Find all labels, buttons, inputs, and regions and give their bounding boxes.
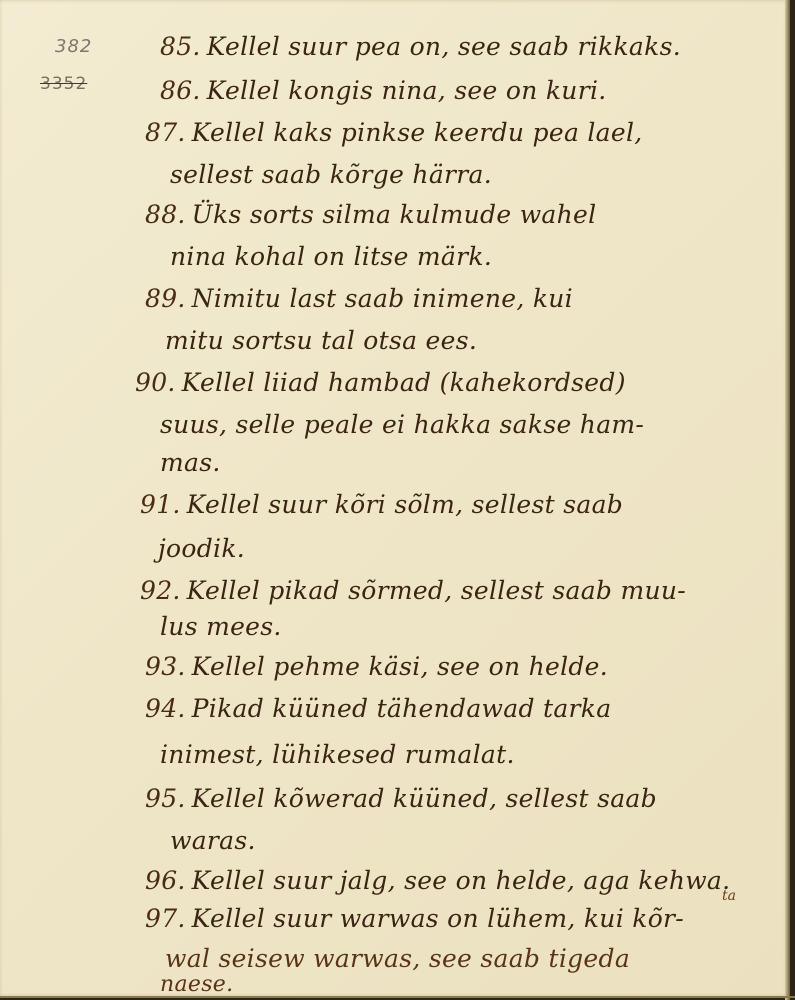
entry-number: 87. <box>145 118 186 147</box>
entry-list: 85.Kellel suur pea on, see saab rikkaks.… <box>0 0 795 1000</box>
entry-text: Kellel kaks pinkse keerdu pea lael, <box>192 118 643 147</box>
entry-text: mas. <box>160 448 221 477</box>
entry-number: 93. <box>145 652 186 681</box>
entry-88: 88.Üks sorts silma kulmude wahel <box>145 200 596 229</box>
entry-number: 88. <box>145 200 186 229</box>
entry-text: wal seisew warwas, see saab tigeda <box>165 944 630 973</box>
entry-text: lus mees. <box>160 612 282 641</box>
entry-text: Kellel pehme käsi, see on helde. <box>192 652 608 681</box>
entry-number: 90. <box>135 368 176 397</box>
entry-text: sellest saab kõrge härra. <box>170 160 492 189</box>
entry-87: 87.Kellel kaks pinkse keerdu pea lael, <box>145 118 643 147</box>
entry-91: 91.Kellel suur kõri sõlm, sellest saab <box>140 490 623 519</box>
entry-text: nina kohal on litse märk. <box>170 242 492 271</box>
entry-text: joodik. <box>158 534 245 563</box>
entry-number: 97. <box>145 904 186 933</box>
entry-90-cont-1: suus, selle peale ei hakka sakse ham- <box>160 410 644 439</box>
entry-number: 96. <box>145 866 186 895</box>
entry-94-cont: inimest, lühikesed rumalat. <box>160 740 515 769</box>
entry-89: 89.Nimitu last saab inimene, kui <box>145 284 573 313</box>
entry-text: Kellel suur jalg, see on helde, aga kehw… <box>192 866 731 895</box>
entry-text: mitu sortsu tal otsa ees. <box>165 326 477 355</box>
entry-89-cont: mitu sortsu tal otsa ees. <box>165 326 477 355</box>
entry-94: 94.Pikad küüned tähendawad tarka <box>145 694 611 723</box>
entry-text: Kellel suur kõri sõlm, sellest saab <box>187 490 623 519</box>
entry-97-cont-2: naese. <box>160 972 233 997</box>
entry-text: Kellel pikad sõrmed, sellest saab muu- <box>187 576 686 605</box>
entry-88-cont: nina kohal on litse märk. <box>170 242 492 271</box>
entry-96: 96.Kellel suur jalg, see on helde, aga k… <box>145 866 730 895</box>
entry-text: Üks sorts silma kulmude wahel <box>192 200 597 229</box>
entry-number: 95. <box>145 784 186 813</box>
entry-number: 91. <box>140 490 181 519</box>
entry-number: 85. <box>160 32 201 61</box>
entry-number: 89. <box>145 284 186 313</box>
entry-text: Pikad küüned tähendawad tarka <box>192 694 612 723</box>
entry-number: 94. <box>145 694 186 723</box>
entry-90-cont-2: mas. <box>160 448 221 477</box>
insertion-above-line: ta <box>722 888 736 904</box>
entry-95-cont: waras. <box>170 826 256 855</box>
entry-91-cont: joodik. <box>158 534 245 563</box>
entry-92-cont: lus mees. <box>160 612 282 641</box>
entry-90: 90.Kellel liiad hambad (kahekordsed) <box>135 368 626 397</box>
entry-text: suus, selle peale ei hakka sakse ham- <box>160 410 644 439</box>
entry-95: 95.Kellel kõwerad küüned, sellest saab <box>145 784 657 813</box>
entry-97: 97.Kellel suur warwas on lühem, kui kõr- <box>145 904 684 933</box>
entry-text: Kellel suur pea on, see saab rikkaks. <box>207 32 681 61</box>
entry-text: naese. <box>160 972 233 997</box>
entry-text: Kellel liiad hambad (kahekordsed) <box>182 368 626 397</box>
entry-93: 93.Kellel pehme käsi, see on helde. <box>145 652 608 681</box>
entry-text: Kellel suur warwas on lühem, kui kõr- <box>192 904 684 933</box>
entry-92: 92.Kellel pikad sõrmed, sellest saab muu… <box>140 576 686 605</box>
entry-text: Kellel kongis nina, see on kuri. <box>207 76 607 105</box>
entry-text: waras. <box>170 826 256 855</box>
entry-text: Nimitu last saab inimene, kui <box>192 284 573 313</box>
entry-97-cont-1: wal seisew warwas, see saab tigeda <box>165 944 630 973</box>
entry-number: 86. <box>160 76 201 105</box>
entry-86: 86.Kellel kongis nina, see on kuri. <box>160 76 606 105</box>
entry-87-cont: sellest saab kõrge härra. <box>170 160 492 189</box>
entry-number: 92. <box>140 576 181 605</box>
manuscript-page: 382 3352 85.Kellel suur pea on, see saab… <box>0 0 790 998</box>
entry-text: Kellel kõwerad küüned, sellest saab <box>192 784 657 813</box>
entry-text: inimest, lühikesed rumalat. <box>160 740 515 769</box>
entry-85: 85.Kellel suur pea on, see saab rikkaks. <box>160 32 681 61</box>
